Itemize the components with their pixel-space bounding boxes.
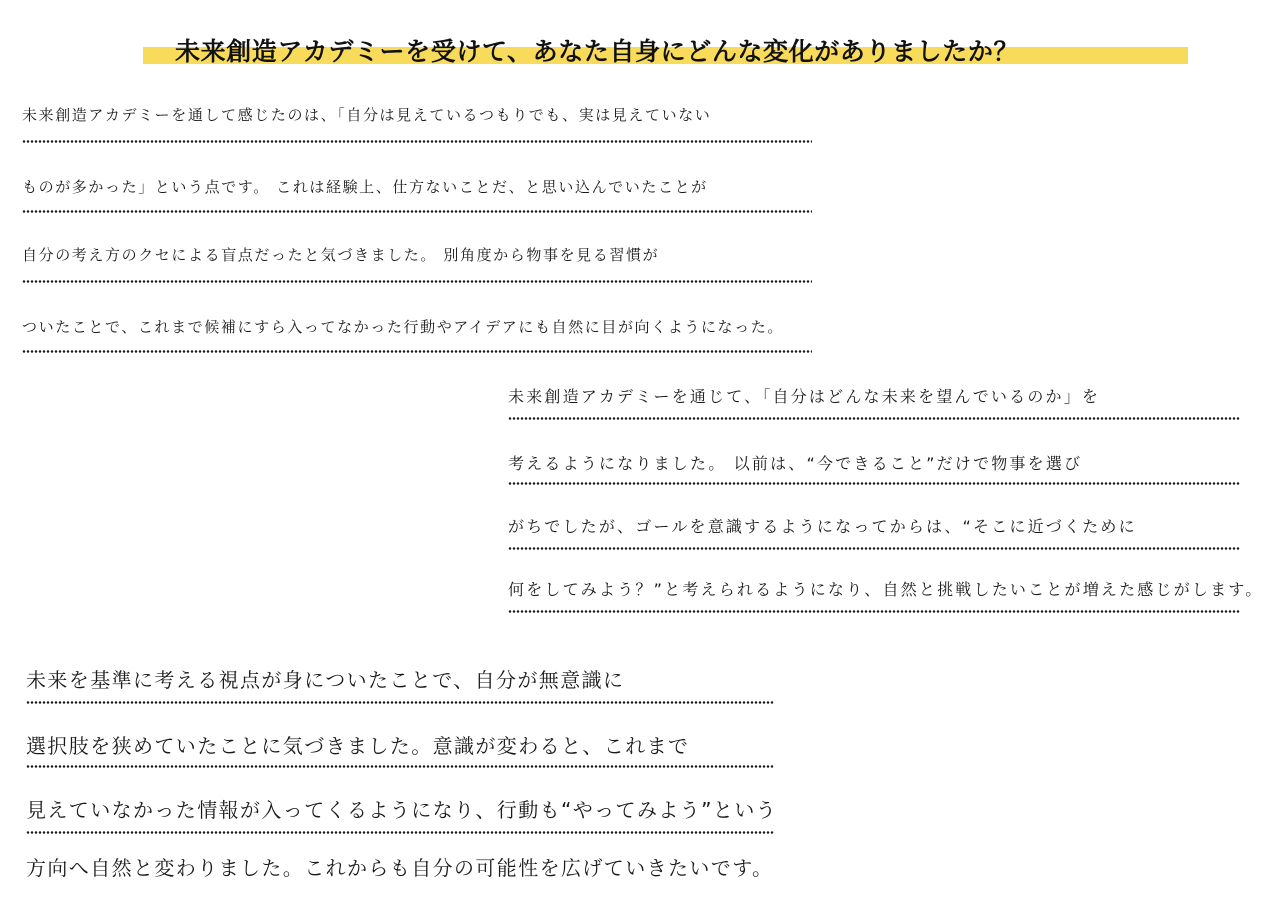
dotted-rule [26,765,774,768]
dotted-rule [26,701,774,704]
dotted-rule [26,831,774,834]
handwritten-line: 選択肢を狭めていたことに気づきました。意識が変わると、これまで [26,730,689,759]
answer-block-3: 未来を基準に考える視点が身についたことで、自分が無意識に 選択肢を狭めていたこと… [26,0,774,902]
handwritten-line: 方向へ自然と変わりました。これからも自分の可能性を広げていきたいです。 [26,852,773,881]
handwritten-line: 未来を基準に考える視点が身についたことで、自分が無意識に [26,664,624,693]
handwritten-line: 見えていなかった情報が入ってくるようになり、行動も“やってみよう”という [26,794,777,823]
